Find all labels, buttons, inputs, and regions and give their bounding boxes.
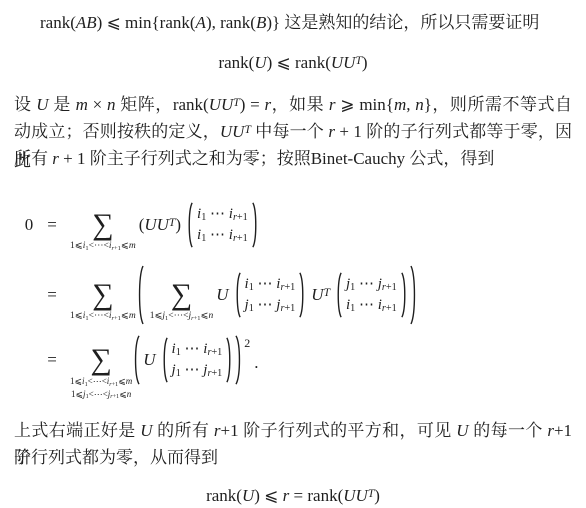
minor-index-matrix-ij: i1 ⋯ ir+1 j1 ⋯ jr+1	[161, 337, 234, 383]
left-paren-icon	[234, 272, 241, 318]
matrix-top-row: j1 ⋯ jr+1	[346, 276, 397, 294]
closing-paragraph: 上式右端正好是 U 的所有 r+1 阶子行列式的平方和，可见 U 的每一个 r+…	[14, 417, 572, 471]
left-paren-icon	[335, 272, 342, 318]
equals-sign: =	[40, 215, 64, 235]
main-paragraph: 设 U 是 m × n 矩阵，rank(UUT) = r，如果 r ⩾ min{…	[14, 91, 572, 172]
sum-limits-j: 1⩽j1<⋯<jr+1⩽n	[70, 389, 132, 402]
matrix-bottom-row: i1 ⋯ ir+1	[346, 297, 397, 315]
display-formula-top: rank(U) ⩽ rank(UUT)	[14, 49, 572, 76]
right-paren-icon	[226, 337, 233, 383]
main-paragraph-line-3: 所有 r + 1 阶主子行列式之和为零；按照Binet-Cauchy 公式，得到	[14, 145, 572, 172]
matrix-top-row: i1 ⋯ ir+1	[197, 206, 248, 224]
sigma-icon: ∑	[171, 279, 192, 311]
equation-line-3: = ∑ 1⩽i1<⋯<ir+1⩽m 1⩽j1<⋯<jr+1⩽n U i1 ⋯ i…	[22, 334, 572, 386]
equation-lhs: 0	[22, 215, 36, 235]
uut-factor: (UUT)	[139, 215, 181, 235]
main-paragraph-line-2: 动成立；否则按秩的定义，UUT 中每一个 r + 1 阶的子行列式都等于零，因此	[14, 118, 572, 145]
sum-operator: ∑ 1⩽i1<⋯<ir+1⩽m	[70, 209, 136, 241]
left-paren-icon	[186, 202, 193, 248]
math-proof-page: rank(AB) ⩽ min{rank(A), rank(B)} 这是熟知的结论…	[0, 0, 586, 508]
main-paragraph-line-1: 设 U 是 m × n 矩阵，rank(UUT) = r，如果 r ⩾ min{…	[14, 91, 572, 118]
u-transpose-factor: UT	[311, 285, 330, 305]
equation-line-2: = ∑ 1⩽i1<⋯<ir+1⩽m ∑ 1⩽j1<⋯<jr+1⩽n U i1 ⋯…	[22, 264, 572, 326]
inner-sum-operator: ∑ 1⩽j1<⋯<jr+1⩽n	[150, 279, 214, 311]
matrix-top-row: i1 ⋯ ir+1	[245, 276, 296, 294]
minor-index-matrix-ij: i1 ⋯ ir+1 j1 ⋯ jr+1	[234, 272, 307, 318]
u-factor: U	[216, 285, 228, 305]
matrix-bottom-row: j1 ⋯ jr+1	[172, 362, 223, 380]
big-right-paren-icon	[235, 335, 243, 385]
sum-limits-i: 1⩽i1<⋯<ir+1⩽m	[70, 376, 132, 389]
equals-sign: =	[40, 285, 64, 305]
equation-block: 0 = ∑ 1⩽i1<⋯<ir+1⩽m (UUT) i1 ⋯ ir+1 i1 ⋯…	[22, 200, 572, 386]
left-paren-icon	[161, 337, 168, 383]
right-paren-icon	[299, 272, 306, 318]
u-factor: U	[143, 350, 155, 370]
sum-operator-double: ∑ 1⩽i1<⋯<ir+1⩽m 1⩽j1<⋯<jr+1⩽n	[70, 344, 132, 376]
sigma-icon: ∑	[92, 209, 113, 241]
equals-sign: =	[40, 350, 64, 370]
matrix-top-row: i1 ⋯ ir+1	[172, 341, 223, 359]
intro-paragraph: rank(AB) ⩽ min{rank(A), rank(B)} 这是熟知的结论…	[14, 9, 572, 36]
display-formula-bottom: rank(U) ⩽ r = rank(UUT)	[14, 482, 572, 508]
matrix-bottom-row: j1 ⋯ jr+1	[245, 297, 296, 315]
sigma-icon: ∑	[90, 344, 111, 376]
equation-line-1: 0 = ∑ 1⩽i1<⋯<ir+1⩽m (UUT) i1 ⋯ ir+1 i1 ⋯…	[22, 200, 572, 250]
sentence-period: .	[254, 353, 258, 373]
closing-paragraph-line-2: 子行列式都为零，从而得到	[14, 444, 572, 471]
big-right-paren-icon	[410, 265, 418, 325]
minor-index-matrix-ii: i1 ⋯ ir+1 i1 ⋯ ir+1	[186, 202, 259, 248]
sum-operator: ∑ 1⩽i1<⋯<ir+1⩽m	[70, 279, 136, 311]
minor-index-matrix-ji: j1 ⋯ jr+1 i1 ⋯ ir+1	[335, 272, 408, 318]
closing-paragraph-line-1: 上式右端正好是 U 的所有 r+1 阶子行列式的平方和，可见 U 的每一个 r+…	[14, 417, 572, 444]
sigma-icon: ∑	[92, 279, 113, 311]
right-paren-icon	[252, 202, 259, 248]
big-left-paren-icon	[136, 265, 144, 325]
right-paren-icon	[401, 272, 408, 318]
exponent-two: 2	[244, 336, 250, 351]
matrix-bottom-row: i1 ⋯ ir+1	[197, 227, 248, 245]
big-left-paren-icon	[132, 335, 140, 385]
